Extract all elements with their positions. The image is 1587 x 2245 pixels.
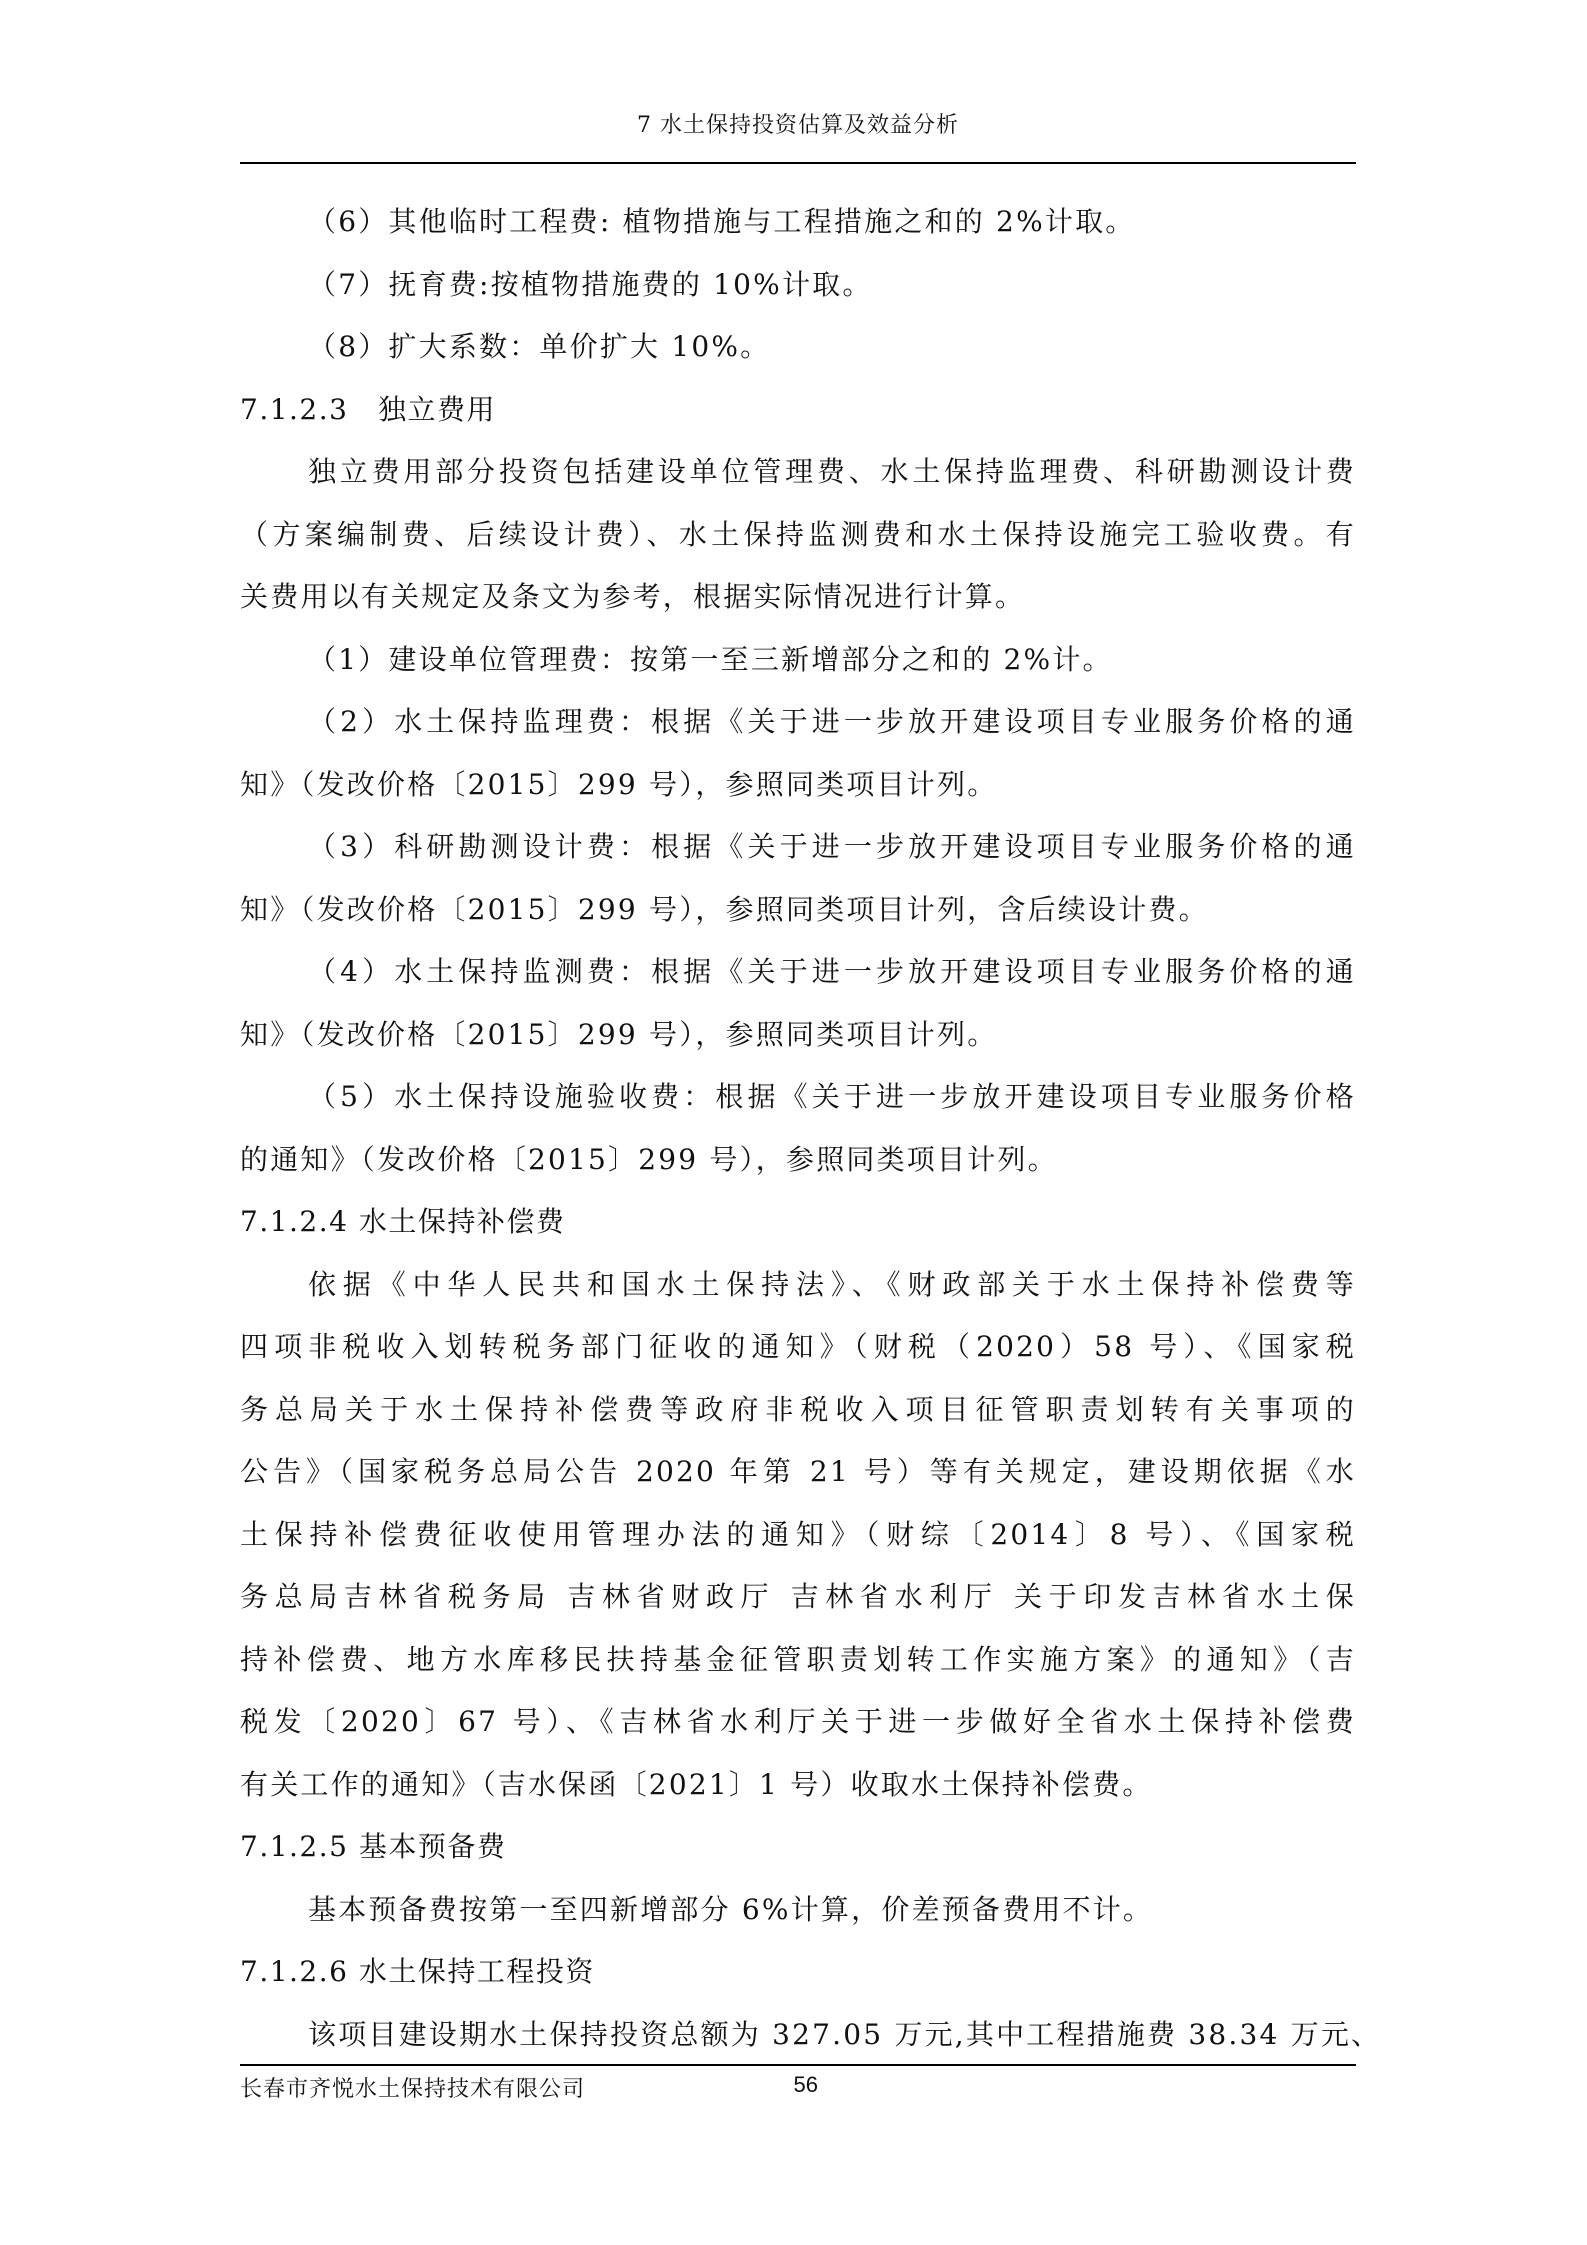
section-heading-7-1-2-6: 7.1.2.6 水土保持工程投资	[240, 1941, 1356, 2004]
paragraph-line: 独立费用部分投资包括建设单位管理费、水土保持监理费、科研勘测设计费	[240, 441, 1356, 504]
paragraph-line: 土保持补偿费征收使用管理办法的通知》（财综〔2014〕8 号）、《国家税	[240, 1504, 1356, 1567]
paragraph-line: 知》（发改价格〔2015〕299 号），参照同类项目计列。	[240, 1004, 1356, 1067]
list-item-supervision-fee: （2）水土保持监理费：根据《关于进一步放开建设项目专业服务价格的通	[240, 691, 1356, 754]
paragraph-line: 知》（发改价格〔2015〕299 号），参照同类项目计列，含后续设计费。	[240, 879, 1356, 942]
paragraph-line: 关费用以有关规定及条文为参考，根据实际情况进行计算。	[240, 566, 1356, 629]
paragraph-line: 务总局关于水土保持补偿费等政府非税收入项目征管职责划转有关事项的	[240, 1379, 1356, 1442]
paragraph-line: 依据《中华人民共和国水土保持法》、《财政部关于水土保持补偿费等	[240, 1254, 1356, 1317]
paragraph-line: 知》（发改价格〔2015〕299 号），参照同类项目计列。	[240, 754, 1356, 817]
section-heading-7-1-2-5: 7.1.2.5 基本预备费	[240, 1816, 1356, 1879]
paragraph-line: 该项目建设期水土保持投资总额为 327.05 万元,其中工程措施费 38.34 …	[240, 2004, 1356, 2067]
page-number: 56	[488, 2072, 818, 2098]
paragraph-line: 务总局吉林省税务局 吉林省财政厅 吉林省水利厅 关于印发吉林省水土保	[240, 1566, 1356, 1629]
list-item-monitoring-fee: （4）水土保持监测费：根据《关于进一步放开建设项目专业服务价格的通	[240, 941, 1356, 1004]
footer-rule	[240, 2064, 1356, 2066]
section-heading-7-1-2-4: 7.1.2.4 水土保持补偿费	[240, 1191, 1356, 1254]
list-item-tending-cost: （7）抚育费:按植物措施费的 10%计取。	[240, 254, 1356, 317]
paragraph-line: （方案编制费、后续设计费）、水土保持监测费和水土保持设施完工验收费。有	[240, 504, 1356, 567]
list-item-expansion-factor: （8）扩大系数：单价扩大 10%。	[240, 316, 1356, 379]
list-item-management-fee: （1）建设单位管理费：按第一至三新增部分之和的 2%计。	[240, 629, 1356, 692]
paragraph-line: 有关工作的通知》（吉水保函〔2021〕1 号）收取水土保持补偿费。	[240, 1754, 1356, 1817]
paragraph-line: 基本预备费按第一至四新增部分 6%计算，价差预备费用不计。	[240, 1879, 1356, 1942]
paragraph-line: 持补偿费、地方水库移民扶持基金征管职责划转工作实施方案》的通知》（吉	[240, 1629, 1356, 1692]
section-heading-7-1-2-3: 7.1.2.3 独立费用	[240, 379, 1356, 442]
running-header: 7 水土保持投资估算及效益分析	[240, 108, 1356, 139]
page-body: （6）其他临时工程费: 植物措施与工程措施之和的 2%计取。 （7）抚育费:按植…	[240, 191, 1356, 2066]
paragraph-line: 的通知》（发改价格〔2015〕299 号），参照同类项目计列。	[240, 1129, 1356, 1192]
list-item-acceptance-fee: （5）水土保持设施验收费：根据《关于进一步放开建设项目专业服务价格	[240, 1066, 1356, 1129]
list-item-design-fee: （3）科研勘测设计费：根据《关于进一步放开建设项目专业服务价格的通	[240, 816, 1356, 879]
paragraph-line: 公告》（国家税务总局公告 2020 年第 21 号）等有关规定，建设期依据《水	[240, 1441, 1356, 1504]
paragraph-line: 四项非税收入划转税务部门征收的通知》（财税（2020）58 号）、《国家税	[240, 1316, 1356, 1379]
list-item-other-temp-cost: （6）其他临时工程费: 植物措施与工程措施之和的 2%计取。	[240, 191, 1356, 254]
paragraph-line: 税发〔2020〕67 号）、《吉林省水利厅关于进一步做好全省水土保持补偿费	[240, 1691, 1356, 1754]
header-rule	[240, 162, 1356, 164]
